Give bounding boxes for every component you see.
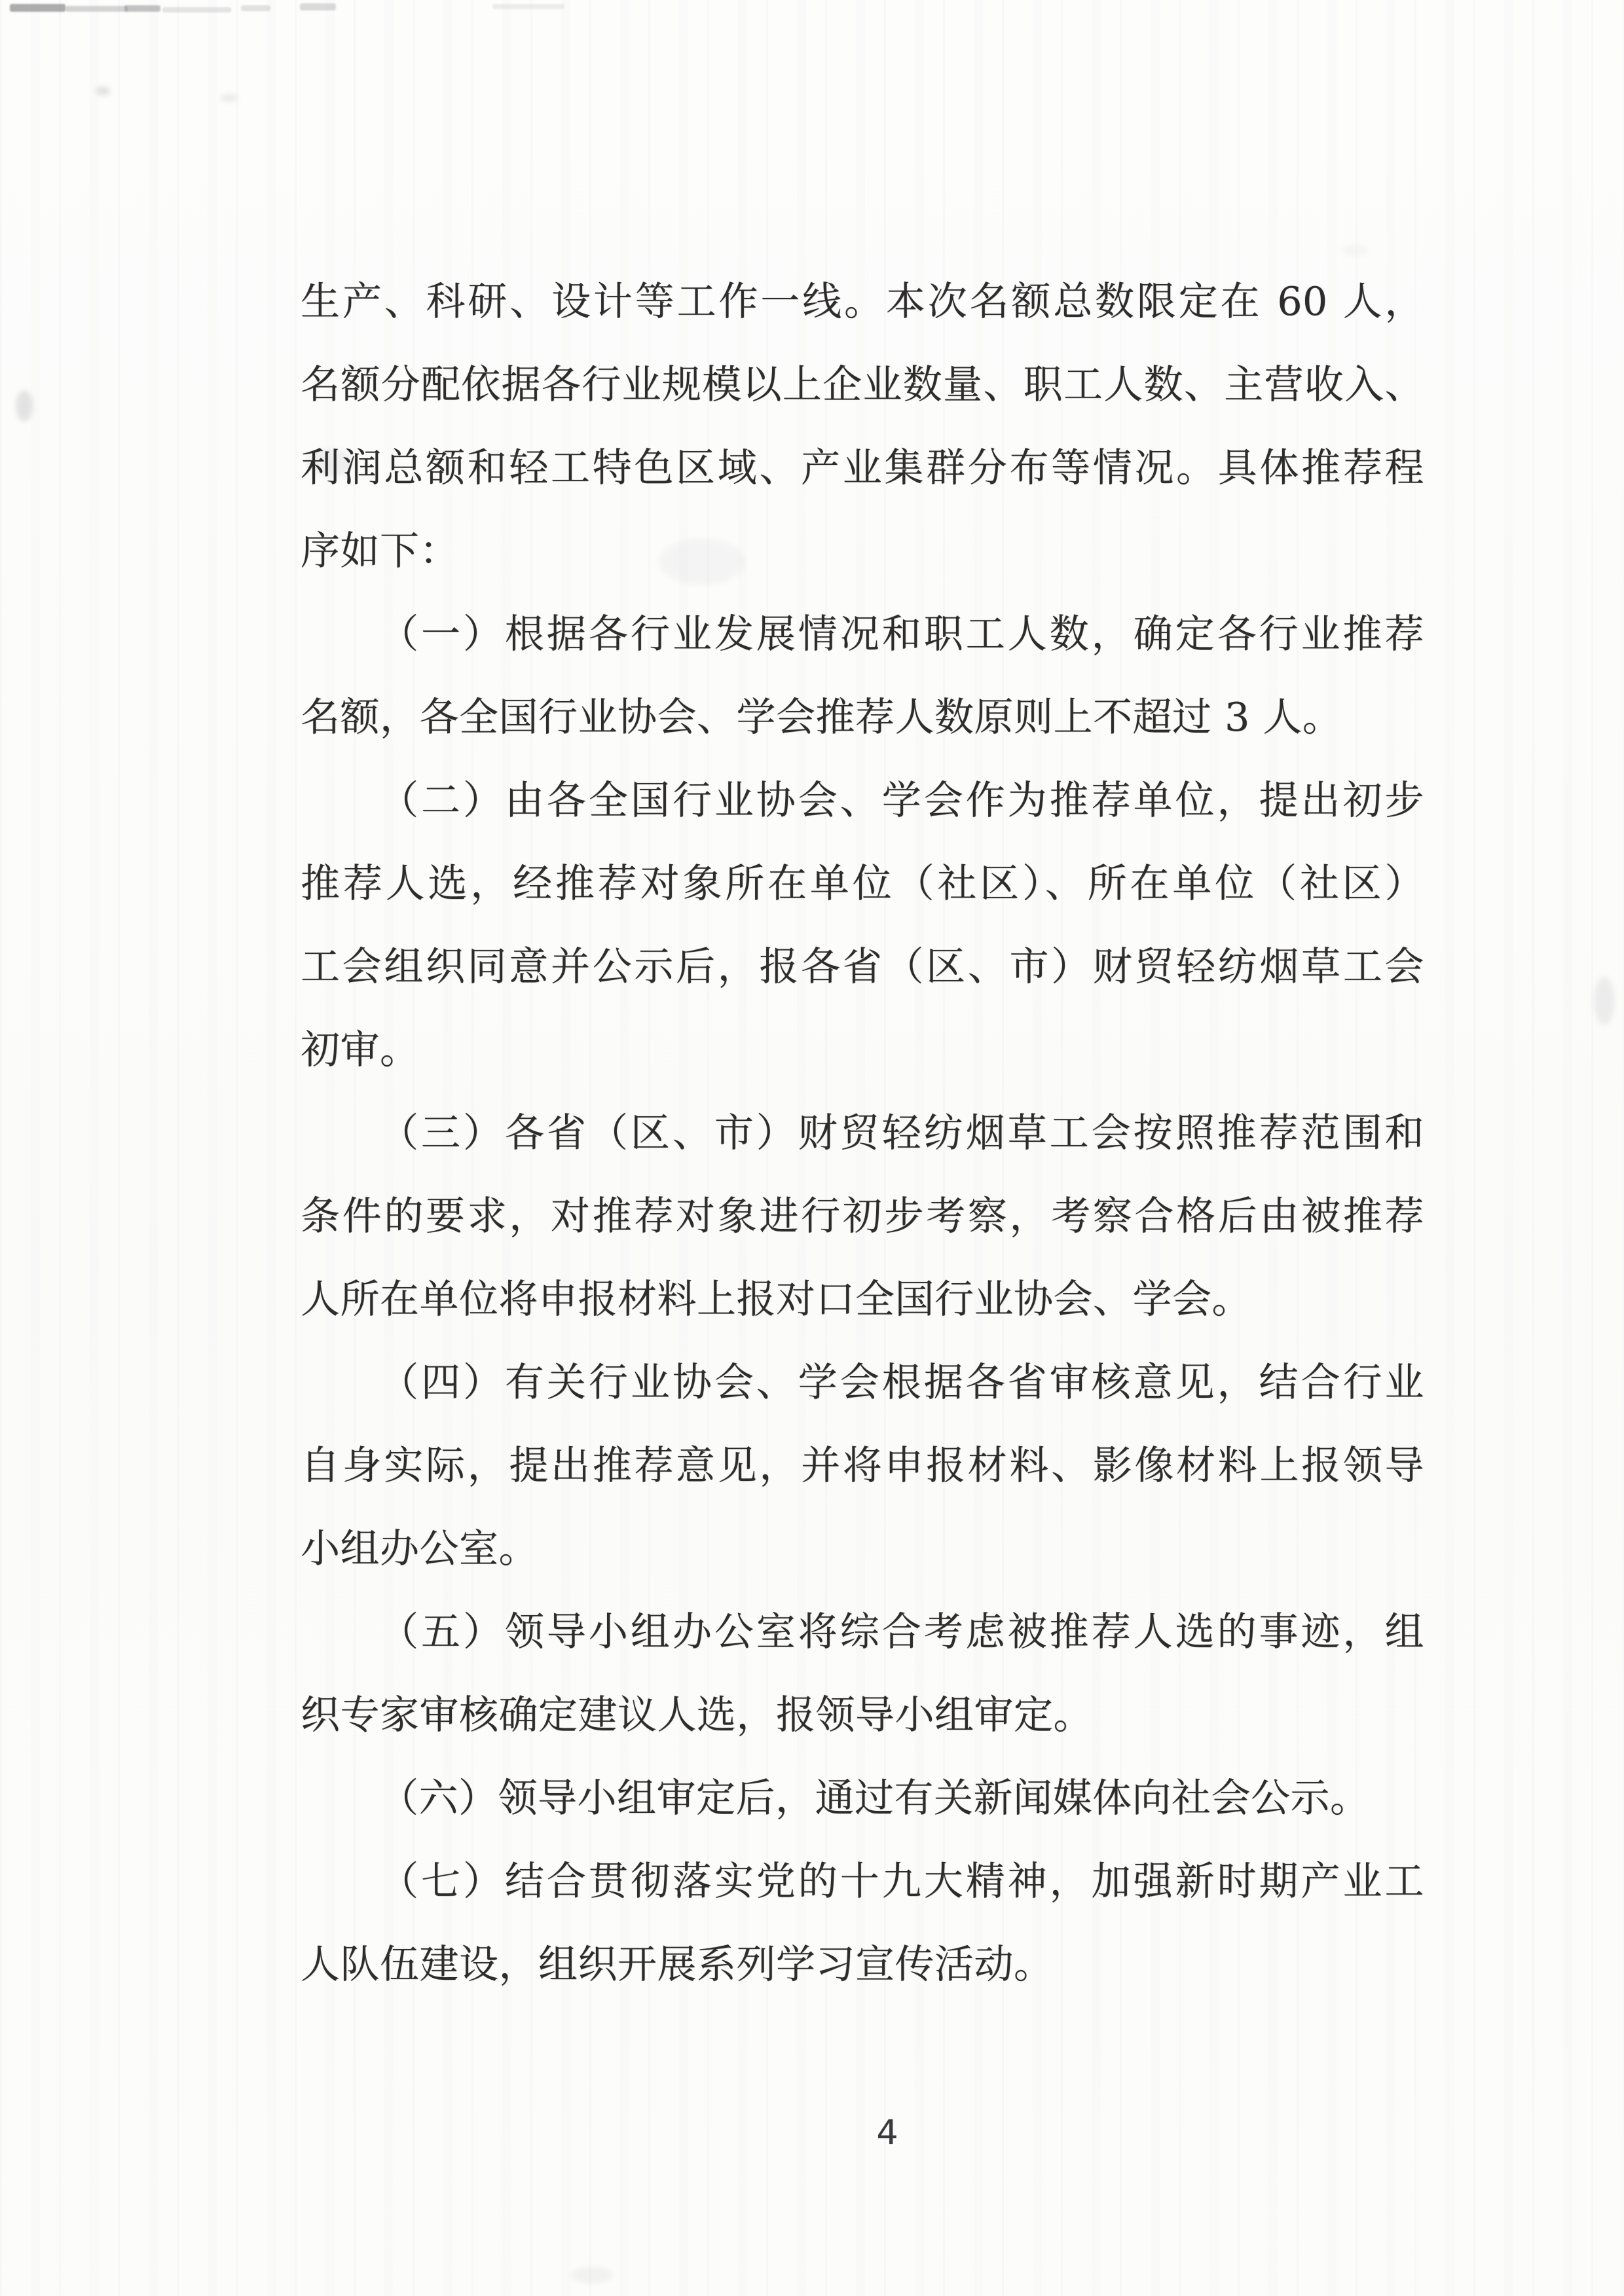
text-line: 利润总额和轻工特色区域、产业集群分布等情况。具体推荐程 <box>301 427 1424 510</box>
scan-smudge <box>96 86 110 96</box>
page-number: 4 <box>855 2113 920 2153</box>
text-line: 初审。 <box>301 1009 1424 1092</box>
text-line: （七）结合贯彻落实党的十九大精神，加强新时期产业工 <box>301 1840 1424 1923</box>
text-line: 生产、科研、设计等工作一线。本次名额总数限定在 60 人， <box>301 261 1424 344</box>
scan-artifact <box>492 4 564 9</box>
scan-smudge <box>1594 977 1615 1025</box>
scan-artifact <box>10 4 65 12</box>
text-line: 推荐人选，经推荐对象所在单位（社区）、所在单位（社区） <box>301 843 1424 926</box>
document-body: 生产、科研、设计等工作一线。本次名额总数限定在 60 人，名额分配依据各行业规模… <box>301 261 1424 2007</box>
text-line: 名额，各全国行业协会、学会推荐人数原则上不超过 3 人。 <box>301 676 1424 759</box>
text-line: （六）领导小组审定后，通过有关新闻媒体向社会公示。 <box>301 1757 1424 1840</box>
scan-artifact <box>300 3 336 10</box>
text-line: 条件的要求，对推荐对象进行初步考察，考察合格后由被推荐 <box>301 1175 1424 1258</box>
text-line: 名额分配依据各行业规模以上企业数量、职工人数、主营收入、 <box>301 344 1424 427</box>
text-line: 人队伍建设，组织开展系列学习宣传活动。 <box>301 1923 1424 2007</box>
scan-artifact <box>65 6 128 12</box>
text-line: （一）根据各行业发展情况和职工人数，确定各行业推荐 <box>301 593 1424 676</box>
scan-artifact <box>241 5 270 11</box>
text-line: 工会组织同意并公示后，报各省（区、市）财贸轻纺烟草工会 <box>301 926 1424 1009</box>
scan-smudge <box>220 94 238 101</box>
text-line: （三）各省（区、市）财贸轻纺烟草工会按照推荐范围和 <box>301 1092 1424 1175</box>
scan-smudge <box>16 390 33 422</box>
text-line: （二）由各全国行业协会、学会作为推荐单位，提出初步 <box>301 759 1424 843</box>
scan-smudge <box>1342 244 1369 257</box>
scan-artifact <box>162 7 231 12</box>
text-line: 自身实际，提出推荐意见，并将申报材料、影像材料上报领导 <box>301 1425 1424 1508</box>
text-line: 织专家审核确定建议人选，报领导小组审定。 <box>301 1674 1424 1757</box>
scanned-document-page: 生产、科研、设计等工作一线。本次名额总数限定在 60 人，名额分配依据各行业规模… <box>0 0 1624 2296</box>
text-line: （五）领导小组办公室将综合考虑被推荐人选的事迹，组 <box>301 1591 1424 1674</box>
scan-smudge <box>571 2267 613 2284</box>
text-line: 人所在单位将申报材料上报对口全国行业协会、学会。 <box>301 1258 1424 1341</box>
text-line: 序如下： <box>301 510 1424 593</box>
scan-artifact <box>124 5 160 12</box>
text-line: 小组办公室。 <box>301 1508 1424 1591</box>
text-line: （四）有关行业协会、学会根据各省审核意见，结合行业 <box>301 1341 1424 1425</box>
